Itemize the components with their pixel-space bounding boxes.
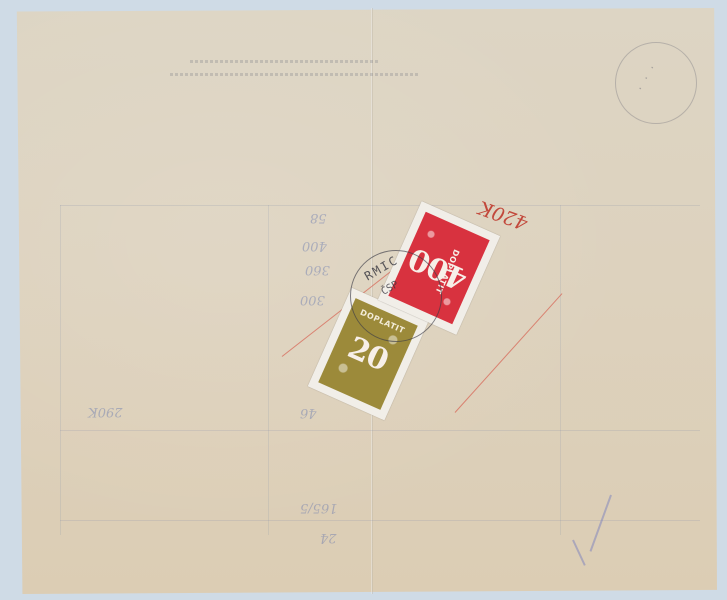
form-rule: [60, 430, 700, 431]
cancellation-postmark: RMIC ČSP: [350, 250, 442, 342]
pencil-number: 360: [305, 262, 330, 277]
faded-postmark: · · ·: [615, 42, 697, 124]
form-rule: [60, 520, 700, 521]
form-rule: [60, 205, 61, 535]
pencil-number: 165/5: [300, 500, 337, 515]
form-rule: [268, 205, 269, 535]
pencil-number: 300: [300, 292, 325, 307]
pencil-number: 24: [320, 530, 337, 545]
form-rule: [60, 205, 700, 206]
printed-text-line: [190, 60, 380, 63]
postmark-code: ČSP: [379, 279, 400, 298]
pencil-number: 46: [300, 405, 317, 420]
printed-text-line: [170, 73, 420, 76]
faded-postmark-text: · · ·: [635, 63, 660, 95]
pencil-number: 58: [310, 210, 327, 225]
form-rule: [560, 205, 561, 535]
pencil-number: 290K: [88, 404, 123, 419]
pencil-number: 400: [302, 238, 327, 253]
